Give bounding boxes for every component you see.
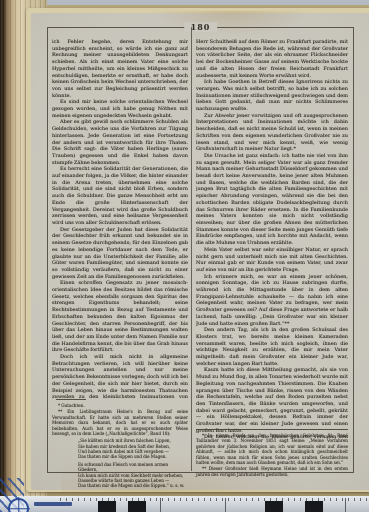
right-footnote-block: * In einem Briefe an den französischen G…	[196, 429, 348, 475]
ruler-black-segment	[305, 501, 323, 512]
left-text-column: ich Fehler begehe, deren Entstehung mir …	[52, 39, 188, 399]
ruler-black-segment	[98, 501, 116, 512]
quoted-verse: „Sie küßten mich mit ihren falschen Lipp…	[78, 438, 188, 488]
verse-line: Das thaten mir die Magen und die Sippen.…	[78, 483, 188, 488]
paragraph: Es herrscht eine Solidarität der Generat…	[52, 166, 188, 226]
paragraph: Zur Abwehr jener vorwitzigen und oft aus…	[196, 113, 348, 153]
footnote: * Gutachten.	[52, 403, 188, 408]
ruler-label-smudge	[34, 502, 72, 506]
left-footnote-block: * Gutachten. ** Ein Lieblingstraum Heine…	[52, 399, 188, 469]
paragraph: Der Gesetzgeber der Juden hat diese Soli…	[52, 227, 188, 281]
footnote-separator-rule	[56, 399, 86, 400]
paragraph: Doch ich will mich nicht in allgemeine B…	[52, 354, 188, 399]
right-text-column: Herr Schultheiß auf dem Römer zu Frankfu…	[196, 39, 348, 441]
footnote: ** Ein Lieblingstraum Heine's in Bezug a…	[52, 409, 188, 436]
paragraph: ich Fehler begehe, deren Entstehung mir …	[52, 39, 188, 99]
paragraph: Kaum hatte ich diese Mittheilung gemacht…	[196, 367, 348, 434]
ruler-black-segment	[265, 501, 283, 512]
paragraph: Den andern Tag, als ich in den großen Sc…	[196, 327, 348, 367]
verse-line: Es schwand das Fleisch von meinen armen …	[78, 462, 188, 472]
paragraph: Mein Vater selbst war sehr einsilbiger N…	[196, 247, 348, 274]
ruler-division-line	[345, 498, 346, 512]
paragraph: Aber es gibt gewiß noch schlimmere Schul…	[52, 119, 188, 166]
ruler-division-line	[225, 498, 226, 512]
column-divider-rule	[191, 27, 192, 471]
paragraph: Es sind mir keine solche orientalischen …	[52, 99, 188, 119]
registration-target-icon	[8, 498, 29, 512]
scanned-book-page: 180 ich Fehler begehe, deren Entstehung …	[0, 0, 369, 512]
paragraph: Einen schroffen Gegensatz zu jener mosai…	[52, 280, 188, 354]
footnote: ** Dieser Großvater hieß Heymann Heine u…	[196, 466, 348, 477]
page-number: 180	[184, 22, 218, 32]
verse-etc: u. s. w.	[170, 483, 184, 488]
paragraph: Herr Schultheiß auf dem Römer zu Frankfu…	[196, 39, 348, 79]
page: 180 ich Fehler begehe, deren Entstehung …	[31, 13, 369, 490]
photographic-scale-ruler	[0, 496, 369, 512]
paragraph: Ich erinnere mich, es war an einem jener…	[196, 274, 348, 328]
footnote: * In einem Briefe an den französischen G…	[196, 433, 348, 465]
paragraph: Die Ursache ist ganz einfach: ich hatte …	[196, 153, 348, 247]
ruler-black-segment	[128, 501, 146, 512]
ruler-division-line	[160, 498, 161, 512]
paragraph: Ich habe Goethen in Betreff dieses Ignor…	[196, 79, 348, 113]
